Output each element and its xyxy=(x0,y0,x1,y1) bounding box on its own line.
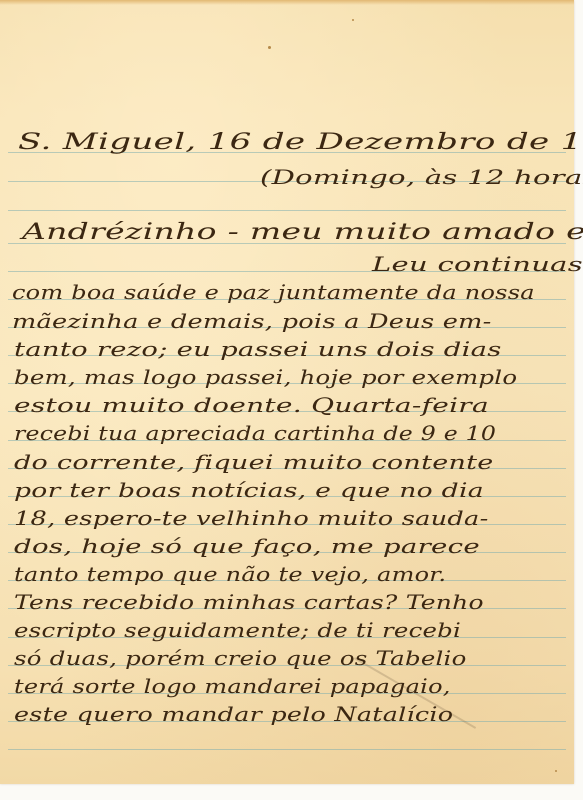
body-line: Leu continuas xyxy=(372,252,583,276)
time-note: (Domingo, às 12 horas) xyxy=(260,165,583,189)
ruled-line xyxy=(8,210,566,211)
body-line: tanto tempo que não te vejo, amor. xyxy=(14,562,446,586)
body-line: este quero mandar pelo Natalício xyxy=(14,702,453,726)
body-line: estou muito doente. Quarta-feira xyxy=(14,393,489,417)
body-line: dos, hoje só que faço, me parece xyxy=(14,534,480,558)
body-line: Tens recebido minhas cartas? Tenho xyxy=(14,590,484,614)
body-line: do corrente, fiquei muito contente xyxy=(14,450,493,474)
paper-spot xyxy=(268,46,271,49)
body-line: só duas, porém creio que os Tabelio xyxy=(14,646,467,670)
body-line: com boa saúde e paz juntamente da nossa xyxy=(12,280,535,304)
body-line: por ter boas notícias, e que no dia xyxy=(14,478,484,502)
place-date: S. Miguel, 16 de Dezembro de 1928. xyxy=(18,130,583,155)
letter-page: S. Miguel, 16 de Dezembro de 1928. (Domi… xyxy=(0,0,574,784)
body-line: mãezinha e demais, pois a Deus em- xyxy=(12,309,492,333)
body-line: bem, mas logo passei, hoje por exemplo xyxy=(14,365,517,389)
body-line: tanto rezo; eu passei uns dois dias xyxy=(14,337,502,361)
paper-spot xyxy=(352,19,354,21)
paper-top-edge xyxy=(0,0,574,5)
salutation: Andrézinho - meu muito amado esposo! xyxy=(22,220,583,245)
body-line: terá sorte logo mandarei papagaio, xyxy=(14,674,451,698)
body-line: escripto seguidamente; de ti recebi xyxy=(14,618,461,642)
ruled-line xyxy=(8,749,566,750)
paper-spot xyxy=(555,770,557,772)
body-line: 18, espero-te velhinho muito sauda- xyxy=(14,506,489,530)
body-line: recebi tua apreciada cartinha de 9 e 10 xyxy=(14,421,496,445)
